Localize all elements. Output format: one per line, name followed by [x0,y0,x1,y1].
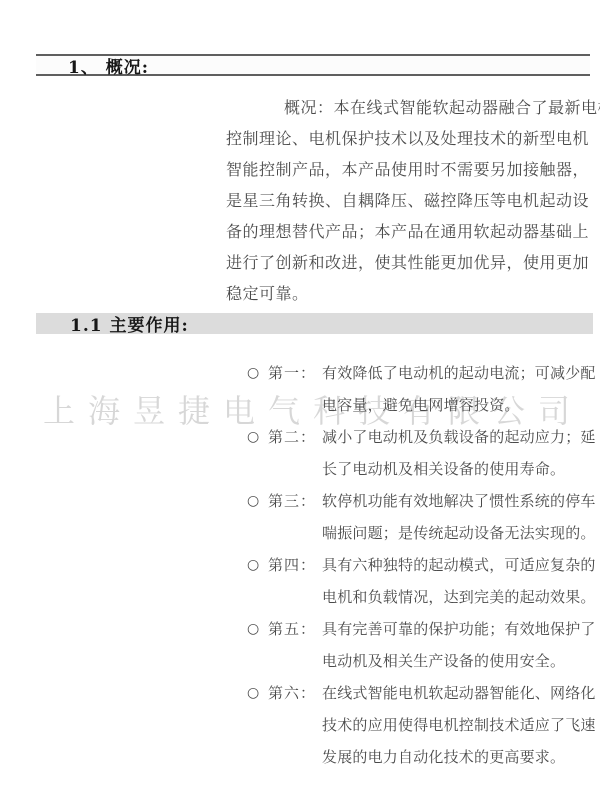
bullet-line: 软停机功能有效地解决了惯性系统的停车 [322,485,597,517]
paragraph-line: 控制理论、电机保护技术以及处理技术的新型电机 [226,123,594,154]
overview-paragraph: 概况：本在线式智能软起动器融合了最新电机 控制理论、电机保护技术以及处理技术的新… [226,92,594,309]
bullet-label: 第三： [268,485,322,517]
bullet-label: 第四： [268,549,322,581]
bullet-line: 电动机及相关生产设备的使用安全。 [322,645,597,677]
paragraph-line: 进行了创新和改进，使其性能更加优异，使用更加 [226,247,594,278]
bullet-line: 电容量，避免电网增容投资。 [322,389,597,421]
bullet-label: 第五： [268,613,322,645]
paragraph-line: 概况：本在线式智能软起动器融合了最新电机 [226,92,594,123]
bullet-line: 发展的电力自动化技术的更高要求。 [322,741,597,773]
bullet-line: 电机和负载情况，达到完美的起动效果。 [322,581,597,613]
document-page: 上海昱捷电气科技有限公司 1、 概况: 概况：本在线式智能软起动器融合了最新电机… [0,0,600,800]
section-1-1-header-bar: 1.1 主要作用: [36,313,593,334]
bullet-text: 具有六种独特的起动模式，可适应复杂的 电机和负载情况，达到完美的起动效果。 [322,549,597,613]
bullet-text: 软停机功能有效地解决了惯性系统的停车 喘振问题；是传统起动设备无法实现的。 [322,485,597,549]
bullet-line: 有效降低了电动机的起动电流；可减少配 [322,357,597,389]
circle-bullet-icon: ○ [247,613,268,645]
paragraph-line: 稳定可靠。 [226,278,594,309]
bullet-line: 在线式智能电机软起动器智能化、网络化 [322,677,597,709]
bullet-text: 具有完善可靠的保护功能；有效地保护了 电动机及相关生产设备的使用安全。 [322,613,597,677]
bullet-line: 减小了电动机及负载设备的起动应力；延 [322,421,597,453]
list-item: ○ 第四： 具有六种独特的起动模式，可适应复杂的 电机和负载情况，达到完美的起动… [247,549,597,613]
circle-bullet-icon: ○ [247,485,268,517]
list-item: ○ 第五： 具有完善可靠的保护功能；有效地保护了 电动机及相关生产设备的使用安全… [247,613,597,677]
paragraph-line: 是星三角转换、自耦降压、磁控降压等电机起动设 [226,185,594,216]
circle-bullet-icon: ○ [247,357,268,389]
bullet-line: 具有六种独特的起动模式，可适应复杂的 [322,549,597,581]
bullet-line: 喘振问题；是传统起动设备无法实现的。 [322,517,597,549]
section-1-1-title: 1.1 主要作用: [70,311,189,336]
bullet-text: 有效降低了电动机的起动电流；可减少配 电容量，避免电网增容投资。 [322,357,597,421]
list-item: ○ 第六： 在线式智能电机软起动器智能化、网络化 技术的应用使得电机控制技术适应… [247,677,597,773]
circle-bullet-icon: ○ [247,549,268,581]
bullet-line: 技术的应用使得电机控制技术适应了飞速 [322,709,597,741]
list-item: ○ 第一： 有效降低了电动机的起动电流；可减少配 电容量，避免电网增容投资。 [247,357,597,421]
paragraph-line: 备的理想替代产品；本产品在通用软起动器基础上 [226,216,594,247]
bullet-label: 第一： [268,357,322,389]
bullet-text: 在线式智能电机软起动器智能化、网络化 技术的应用使得电机控制技术适应了飞速 发展… [322,677,597,773]
circle-bullet-icon: ○ [247,421,268,453]
bullet-line: 长了电动机及相关设备的使用寿命。 [322,453,597,485]
list-item: ○ 第三： 软停机功能有效地解决了惯性系统的停车 喘振问题；是传统起动设备无法实… [247,485,597,549]
bullet-label: 第二： [268,421,322,453]
section-1-header-bar: 1、 概况: [36,54,590,76]
list-item: ○ 第二： 减小了电动机及负载设备的起动应力；延 长了电动机及相关设备的使用寿命… [247,421,597,485]
paragraph-line: 智能控制产品，本产品使用时不需要另加接触器， [226,154,594,185]
bullet-label: 第六： [268,677,322,709]
bullet-list: ○ 第一： 有效降低了电动机的起动电流；可减少配 电容量，避免电网增容投资。 ○… [247,357,597,773]
section-1-title: 1、 概况: [68,53,149,78]
bullet-line: 具有完善可靠的保护功能；有效地保护了 [322,613,597,645]
bullet-text: 减小了电动机及负载设备的起动应力；延 长了电动机及相关设备的使用寿命。 [322,421,597,485]
circle-bullet-icon: ○ [247,677,268,709]
